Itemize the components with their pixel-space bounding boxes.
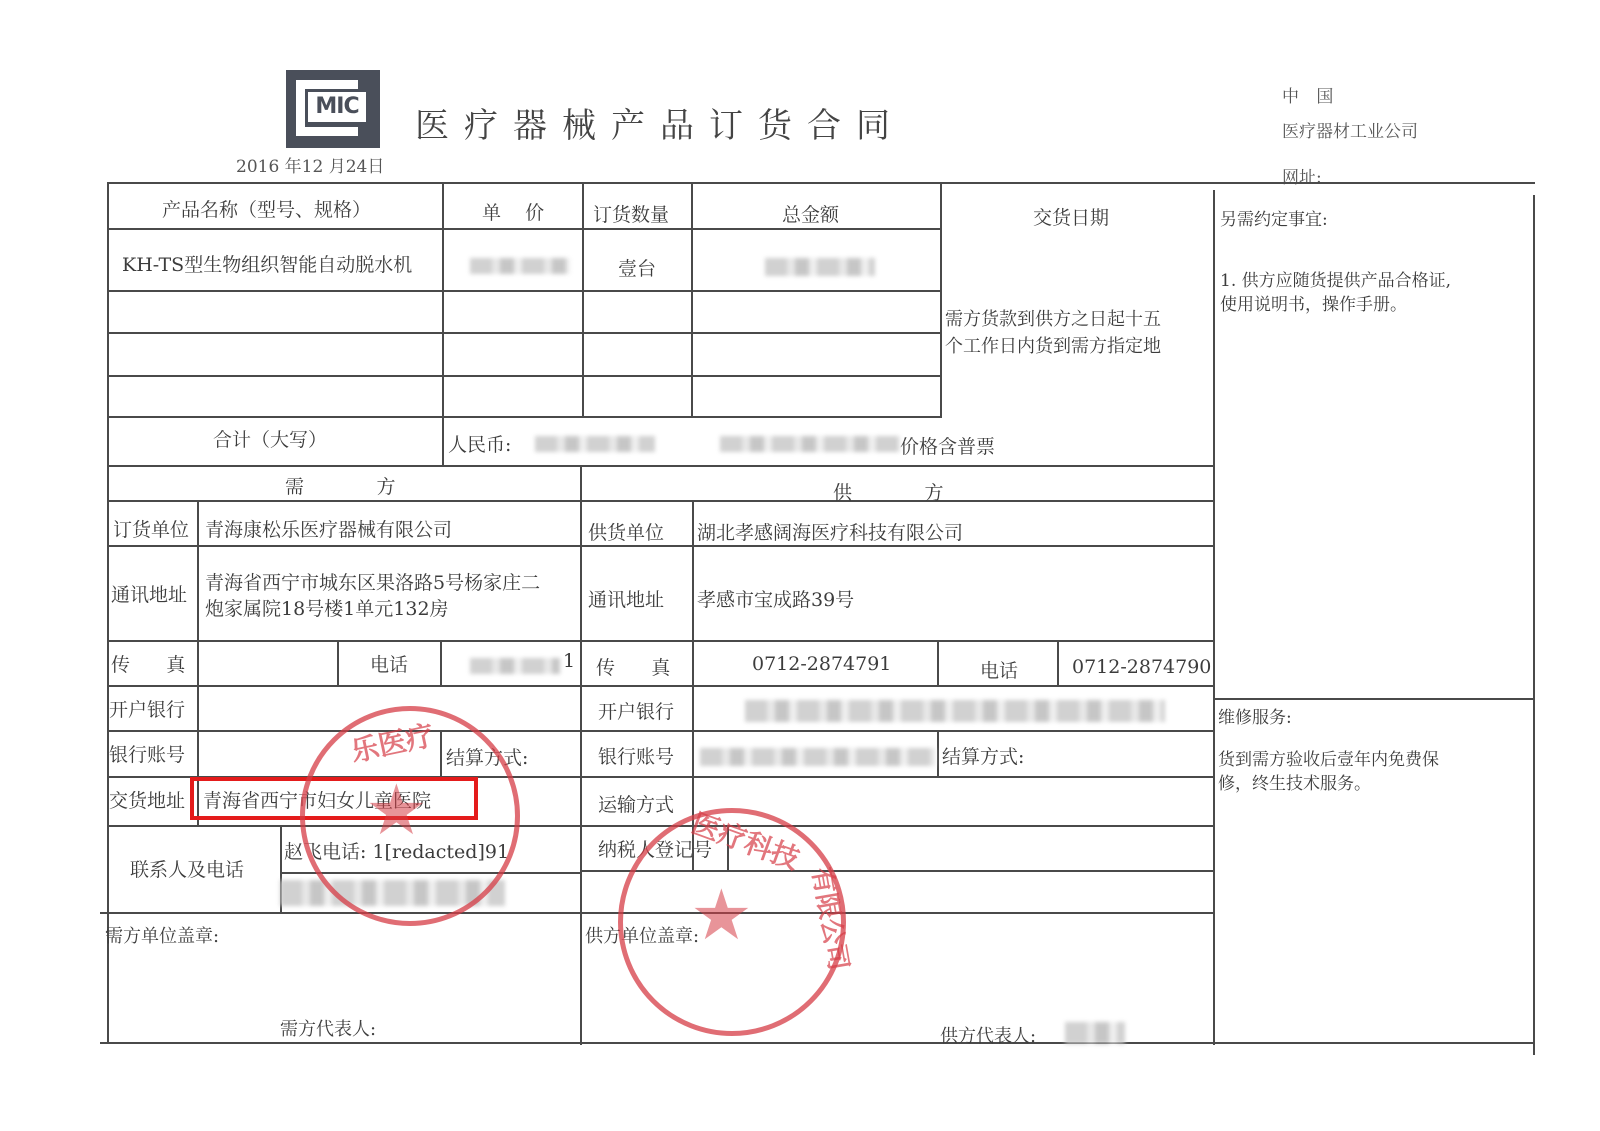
header-product-name: 产品名称（型号、规格） [162, 195, 371, 222]
supplier-bank-redacted [745, 700, 1165, 722]
header-quantity: 订货数量 [593, 200, 669, 227]
issuer-company: 医疗器材工业公司 [1282, 117, 1418, 142]
total-currency-label: 人民币: [448, 430, 511, 457]
buyer-phone-redacted [470, 658, 560, 674]
supplier-address-label: 通讯地址 [588, 585, 664, 612]
buyer-account-label: 银行账号 [109, 740, 185, 767]
supplier-section-label: 供 方 [833, 478, 943, 505]
mic-logo: MIC [286, 70, 380, 148]
repair-service-line2: 修，终生技术服务。 [1218, 769, 1371, 794]
issuer-website-label: 网址: [1282, 163, 1322, 188]
buyer-seal-label: 需方单位盖章: [105, 922, 219, 948]
buyer-contact-label: 联系人及电话 [130, 855, 244, 882]
delivery-date-line2: 个工作日内货到需方指定地 [945, 332, 1161, 358]
buyer-phone-suffix: 1 [563, 650, 575, 672]
header-delivery-date: 交货日期 [1033, 203, 1109, 230]
buyer-unit-label: 订货单位 [113, 515, 189, 542]
supplier-account-label: 银行账号 [598, 742, 674, 769]
logo-text: MIC [308, 92, 366, 122]
total-note: 价格含普票 [900, 432, 995, 459]
issuer-country: 中 国 [1282, 82, 1339, 107]
page-title: 医疗器械产品订货合同 [415, 98, 905, 147]
supplier-unit-value: 湖北孝感阔海医疗科技有限公司 [697, 518, 963, 545]
buyer-representative-label: 需方代表人: [280, 1015, 376, 1041]
buyer-address-line2: 炮家属院18号楼1单元132房 [205, 594, 449, 621]
repair-service-line1: 货到需方验收后壹年内免费保 [1218, 745, 1439, 770]
delivery-date-line1: 需方货款到供方之日起十五 [945, 305, 1161, 331]
supplier-phone-label: 电话 [980, 656, 1018, 683]
buyer-section-label: 需 方 [285, 472, 395, 499]
supplier-fax-label: 传 真 [596, 653, 670, 680]
buyer-address-line1: 青海省西宁市城东区果洛路5号杨家庄二 [205, 568, 540, 595]
buyer-address-label: 通讯地址 [111, 580, 187, 607]
buyer-delivery-address-label: 交货地址 [109, 786, 185, 813]
contract-date: 2016 年12 月24日 [236, 152, 384, 177]
extra-terms-line2: 使用说明书，操作手册。 [1220, 290, 1407, 315]
supplier-address-value: 孝感市宝成路39号 [697, 585, 854, 612]
buyer-phone-label: 电话 [370, 650, 408, 677]
total-label: 合计（大写） [213, 425, 327, 452]
buyer-stamp-star-icon: ★ [365, 775, 428, 845]
product-quantity: 壹台 [618, 254, 656, 281]
product-name: KH-TS型生物组织智能自动脱水机 [122, 250, 412, 277]
total-redacted [765, 258, 875, 276]
supplier-settlement-label: 结算方式: [942, 742, 1024, 769]
buyer-bank-label: 开户银行 [109, 695, 185, 722]
buyer-fax-label: 传 真 [111, 650, 185, 677]
supplier-fax-value: 0712-2874791 [752, 653, 891, 675]
supplier-transport-label: 运输方式 [598, 790, 674, 817]
unit-price-redacted [470, 258, 570, 274]
supplier-bank-label: 开户银行 [598, 697, 674, 724]
total-words-redacted-2 [720, 436, 900, 452]
total-words-redacted-1 [535, 436, 655, 452]
extra-terms-line1: 1. 供方应随货提供产品合格证, [1220, 266, 1451, 291]
header-unit-price: 单 价 [482, 198, 544, 225]
repair-service-title: 维修服务: [1218, 703, 1292, 728]
supplier-phone-value: 0712-2874790 [1072, 656, 1211, 678]
supplier-unit-label: 供货单位 [588, 518, 664, 545]
supplier-account-redacted [700, 748, 935, 766]
header-total-amount: 总金额 [782, 200, 839, 227]
supplier-representative-redacted [1065, 1022, 1125, 1044]
buyer-unit-value: 青海康松乐医疗器械有限公司 [205, 515, 452, 542]
supplier-stamp-star-icon: ★ [690, 880, 753, 950]
extra-terms-title: 另需约定事宜: [1220, 205, 1328, 230]
supplier-representative-label: 供方代表人: [940, 1022, 1036, 1048]
